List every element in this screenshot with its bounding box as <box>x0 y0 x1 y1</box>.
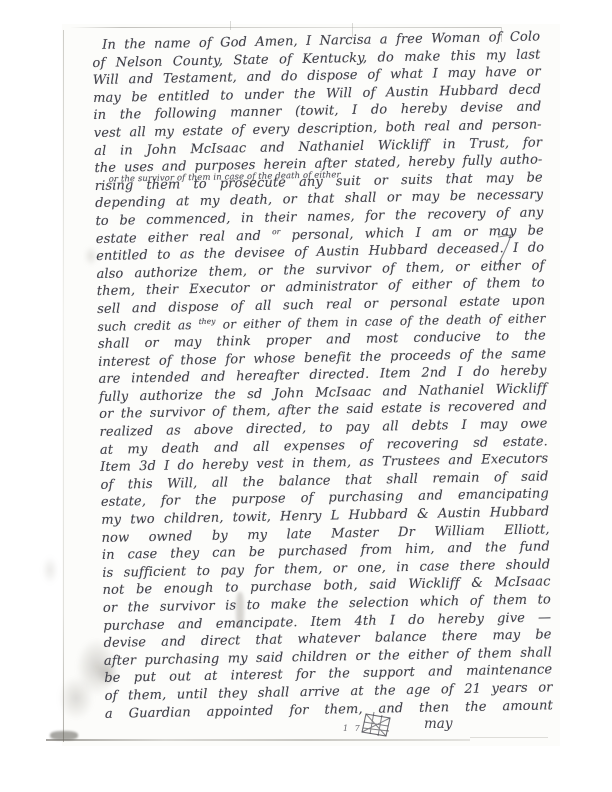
paper-top-edge <box>70 27 501 28</box>
ink-smudge <box>50 731 78 740</box>
bottom-fold-crease <box>46 739 470 741</box>
paper-left-edge <box>63 30 64 742</box>
pen-scribble-mark-icon <box>354 706 400 744</box>
scanned-page: In the name of God Amen, I Narcisa a fre… <box>0 0 612 792</box>
bottom-fold-crease <box>470 737 548 738</box>
age-stain <box>42 556 58 584</box>
catchword: may <box>424 716 452 732</box>
age-stain <box>58 676 94 720</box>
fold-crease-tick <box>230 21 231 30</box>
manuscript-text: In the name of God Amen, I Narcisa a fre… <box>92 29 553 724</box>
